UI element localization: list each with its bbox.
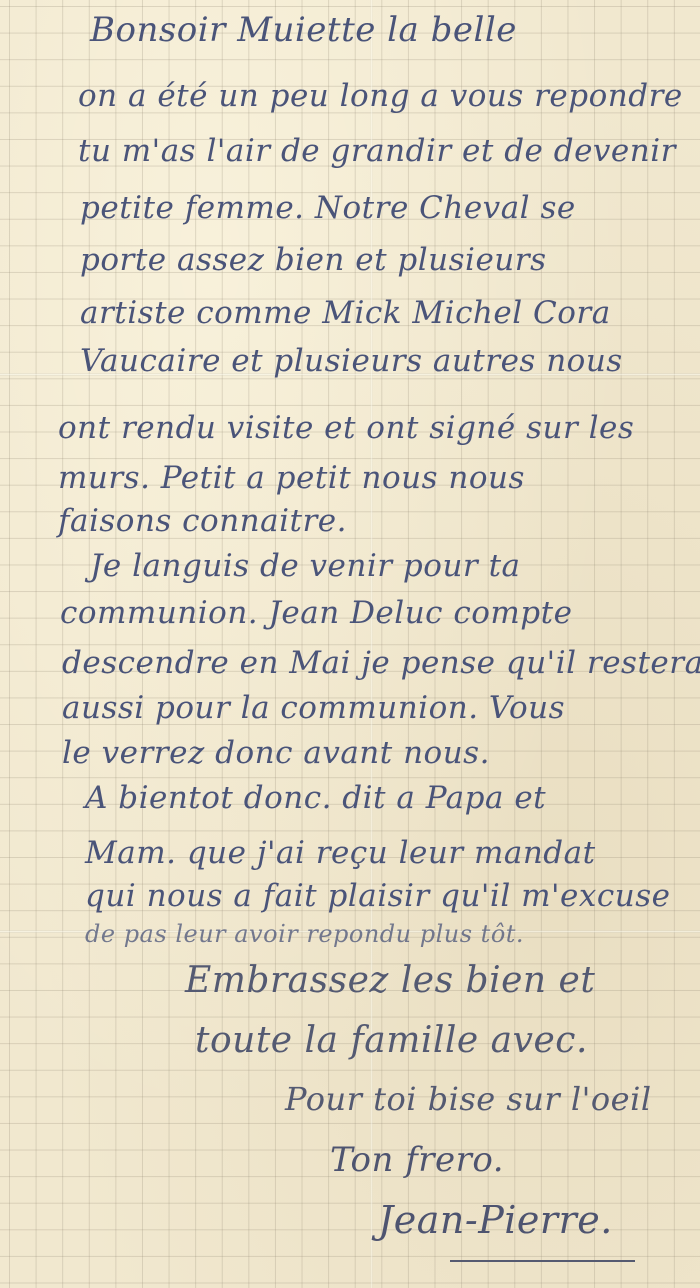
letter-body-line: petite femme. Notre Cheval se <box>80 190 576 226</box>
sign-off: Ton frero. <box>330 1140 504 1180</box>
signature: Jean-Pierre. <box>378 1198 613 1242</box>
letter-body-line: faisons connaitre. <box>58 503 347 539</box>
letter-body-line: porte assez bien et plusieurs <box>80 242 546 278</box>
letter-body-line: descendre en Mai je pense qu'il restera <box>62 645 700 681</box>
letter-body-line: de pas leur avoir repondu plus tôt. <box>85 920 524 948</box>
letter-body-line: artiste comme Mick Michel Cora <box>80 295 611 331</box>
letter-body-line: qui nous a fait plaisir qu'il m'excuse <box>85 878 670 914</box>
closing-line: toute la famille avec. <box>195 1020 588 1061</box>
letter-greeting: Bonsoir Muiette la belle <box>90 10 517 50</box>
closing-line: Embrassez les bien et <box>185 960 595 1001</box>
closing-line: Pour toi bise sur l'oeil <box>285 1080 652 1118</box>
letter-body-line: on a été un peu long a vous repondre <box>78 78 683 114</box>
letter-body-line: A bientot donc. dit a Papa et <box>85 780 546 816</box>
letter-body-line: le verrez donc avant nous. <box>62 735 490 771</box>
letter-body-line: communion. Jean Deluc compte <box>60 595 572 631</box>
letter-body-line: murs. Petit a petit nous nous <box>58 460 525 496</box>
signature-underline <box>450 1260 635 1262</box>
letter-page: Bonsoir Muiette la belle on a été un peu… <box>0 0 700 1288</box>
letter-body-line: ont rendu visite et ont signé sur les <box>58 410 634 446</box>
letter-body-line: Vaucaire et plusieurs autres nous <box>80 343 623 379</box>
letter-body-line: Je languis de venir pour ta <box>90 548 521 584</box>
letter-body-line: aussi pour la communion. Vous <box>62 690 565 726</box>
letter-body-line: Mam. que j'ai reçu leur mandat <box>85 835 596 871</box>
letter-body-line: tu m'as l'air de grandir et de devenir <box>78 133 676 169</box>
